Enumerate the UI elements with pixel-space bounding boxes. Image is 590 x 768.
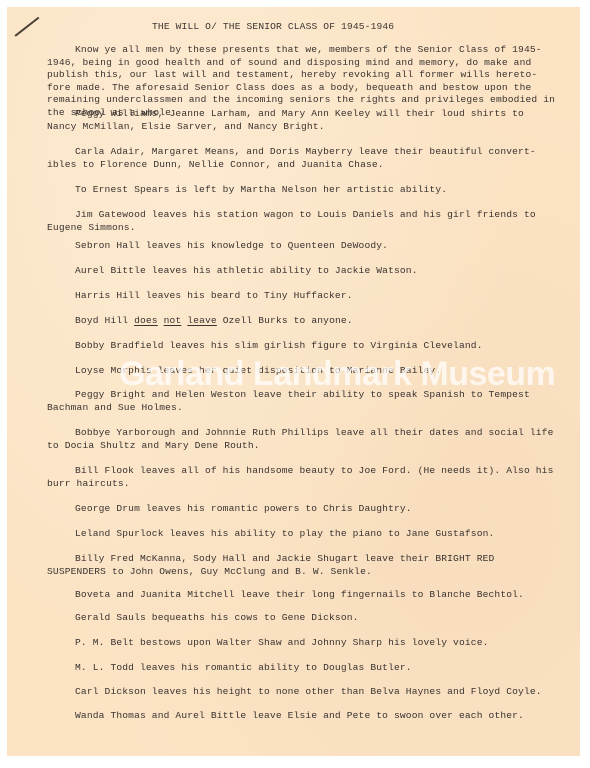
bequest-paragraph: P. M. Belt bestows upon Walter Shaw and … — [47, 637, 557, 650]
bequest-paragraph: Boveta and Juanita Mitchell leave their … — [47, 589, 557, 602]
bequest-paragraph: Bobbye Yarborough and Johnnie Ruth Phill… — [47, 427, 557, 452]
bequest-paragraph: Harris Hill leaves his beard to Tiny Huf… — [47, 290, 557, 303]
bequest-paragraph: To Ernest Spears is left by Martha Nelso… — [47, 184, 557, 197]
bequest-paragraph: Carla Adair, Margaret Means, and Doris M… — [47, 146, 557, 171]
bequest-paragraph: Wanda Thomas and Aurel Bittle leave Elsi… — [47, 710, 557, 723]
bequest-paragraph: Loyse Morphis leaves her quiet dispositi… — [47, 365, 557, 378]
pen-mark — [15, 17, 40, 37]
underlined-word: leave — [187, 315, 217, 326]
underlined-word: not — [164, 315, 182, 326]
bequest-paragraph: George Drum leaves his romantic powers t… — [47, 503, 557, 516]
bequest-paragraph: Aurel Bittle leaves his athletic ability… — [47, 265, 557, 278]
bequest-paragraph: Billy Fred McKanna, Sody Hall and Jackie… — [47, 553, 557, 578]
bequest-paragraph: Bobby Bradfield leaves his slim girlish … — [47, 340, 557, 353]
bequest-paragraph: Peggy Bright and Helen Weston leave thei… — [47, 389, 557, 414]
bequest-paragraph: Gerald Sauls bequeaths his cows to Gene … — [47, 612, 557, 625]
document-title: THE WILL O/ THE SENIOR CLASS OF 1945-194… — [152, 21, 394, 32]
bequest-paragraph: Sebron Hall leaves his knowledge to Quen… — [47, 240, 557, 253]
underlined-word: does — [134, 315, 158, 326]
bequest-paragraph: Leland Spurlock leaves his ability to pl… — [47, 528, 557, 541]
bequest-paragraph: Jim Gatewood leaves his station wagon to… — [47, 209, 557, 234]
bequest-paragraph: M. L. Todd leaves his romantic ability t… — [47, 662, 557, 675]
bequest-paragraph: Bill Flook leaves all of his handsome be… — [47, 465, 557, 490]
bequest-paragraph: Peggy Williams, Jeanne Larham, and Mary … — [47, 108, 557, 133]
bequest-paragraph-underlined: Boyd Hill does not leave Ozell Burks to … — [47, 315, 557, 328]
document-page: THE WILL O/ THE SENIOR CLASS OF 1945-194… — [7, 7, 580, 756]
bequest-paragraph: Carl Dickson leaves his height to none o… — [47, 686, 557, 699]
